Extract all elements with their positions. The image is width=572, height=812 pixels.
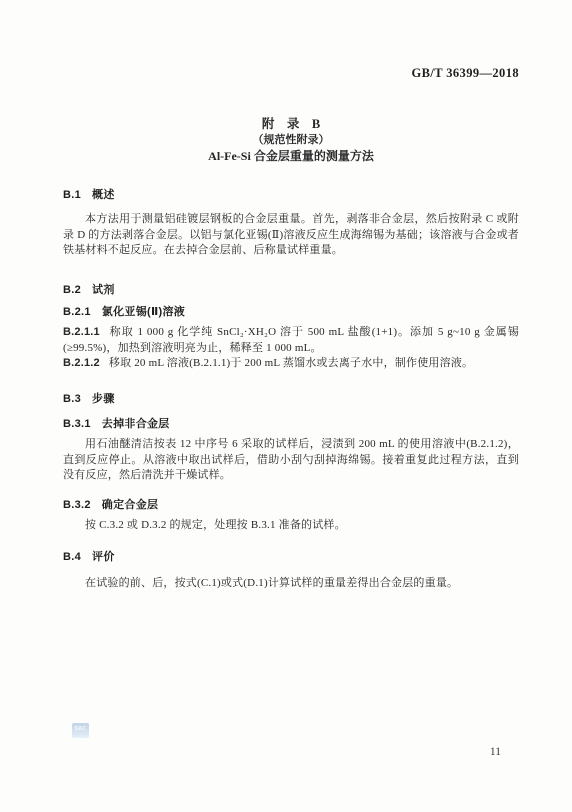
section-b31-title: 去掉非合金层 — [102, 418, 170, 430]
section-b2-heading: B.2试剂 — [63, 281, 519, 297]
section-b1-number: B.1 — [63, 189, 81, 201]
page-number: 11 — [490, 746, 501, 758]
section-b1-heading: B.1概述 — [63, 186, 519, 202]
clause-b211-number: B.2.1.1 — [63, 326, 100, 338]
clause-b211: B.2.1.1称取 1 000 g 化学纯 SnCl₂·XH₂O 溶于 500 … — [63, 325, 519, 356]
section-b31-paragraph: 用石油醚清洁按表 12 中序号 6 采取的试样后，浸渍到 200 mL 的使用溶… — [63, 437, 519, 484]
clause-b212-text: 移取 20 mL 溶液(B.2.1.1)于 200 mL 蒸馏水或去离子水中，制… — [109, 357, 473, 369]
clause-b211-text: 称取 1 000 g 化学纯 SnCl₂·XH₂O 溶于 500 mL 盐酸(1… — [63, 326, 519, 354]
section-b4-title: 评价 — [92, 551, 115, 563]
section-b3-number: B.3 — [63, 393, 81, 405]
section-b32-title: 确定合金层 — [102, 499, 159, 511]
standard-code-header: GB/T 36399—2018 — [411, 66, 519, 81]
section-b21-title: 氯化亚锡(Ⅱ)溶液 — [102, 306, 185, 318]
section-b3-heading: B.3步骤 — [63, 390, 519, 406]
appendix-method-title: Al-Fe-Si 合金层重量的测量方法 — [63, 147, 519, 164]
document-page: GB/T 36399—2018 附 录 B （规范性附录） Al-Fe-Si 合… — [0, 0, 572, 812]
section-b21-number: B.2.1 — [63, 306, 91, 318]
section-b32-number: B.3.2 — [63, 499, 91, 511]
section-b32-heading: B.3.2确定合金层 — [63, 496, 519, 512]
section-b31-number: B.3.1 — [63, 418, 91, 430]
clause-b212: B.2.1.2移取 20 mL 溶液(B.2.1.1)于 200 mL 蒸馏水或… — [63, 356, 519, 372]
section-b31-heading: B.3.1去掉非合金层 — [63, 415, 519, 431]
section-b1-paragraph: 本方法用于测量铝硅镀层钢板的合金层重量。首先，剥落非合金层，然后按附录 C 或附… — [63, 212, 519, 259]
section-b4-heading: B.4评价 — [63, 548, 519, 564]
sac-watermark-logo: SAC — [72, 723, 89, 738]
section-b1-title: 概述 — [92, 189, 115, 201]
section-b2-number: B.2 — [63, 284, 81, 296]
appendix-title: 附 录 B — [63, 114, 519, 132]
clause-b212-number: B.2.1.2 — [63, 357, 100, 369]
section-b4-paragraph: 在试验的前、后，按式(C.1)或式(D.1)计算试样的重量差得出合金层的重量。 — [63, 576, 519, 592]
section-b3-title: 步骤 — [92, 393, 115, 405]
section-b32-paragraph: 按 C.3.2 或 D.3.2 的规定，处理按 B.3.1 准备的试样。 — [63, 518, 519, 534]
section-b21-heading: B.2.1氯化亚锡(Ⅱ)溶液 — [63, 303, 519, 319]
section-b4-number: B.4 — [63, 551, 81, 563]
appendix-normative-label: （规范性附录） — [63, 131, 519, 147]
section-b2-title: 试剂 — [92, 284, 115, 296]
